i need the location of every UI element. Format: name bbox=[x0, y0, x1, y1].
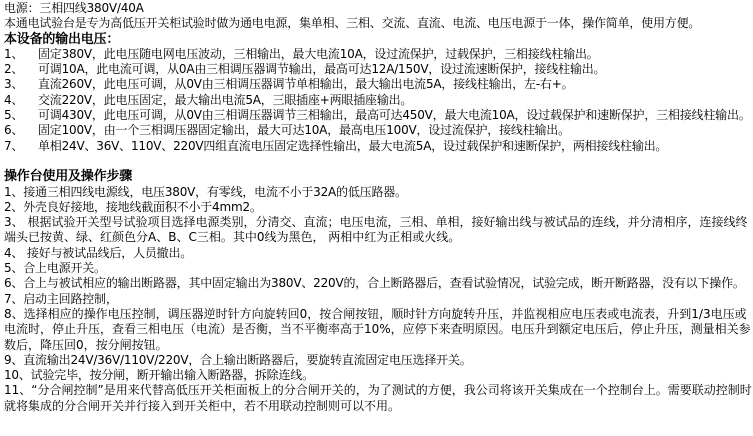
list-item: 7、启动主回路控制， bbox=[4, 292, 753, 307]
document-body: 电源：三相四线380V/40A 本通电试验台是专为高低压开关柜试验时做为通电电源… bbox=[4, 1, 753, 414]
list-item: 2、外壳良好接地，接地线截面积不小于4mm2。 bbox=[4, 200, 753, 215]
list-item: 8、选择相应的操作电压控制，调压器逆时针方向旋转回0，按合闸按钮，顺时针方向旋转… bbox=[4, 307, 753, 353]
list-item: 3、直流260V，此电压可调，从0V由三相调压器调节单相输出，最大输出电流5A，… bbox=[4, 77, 753, 92]
list-item: 9、直流输出24V/36V/110V/220V，合上输出断路器后，要旋转直流固定… bbox=[4, 353, 753, 368]
operation-steps-heading: 操作台使用及操作步骤 bbox=[4, 169, 753, 184]
list-item: 6、固定100V，由一个三相调压器固定输出，最大可达10A，最高电压100V，设… bbox=[4, 123, 753, 138]
list-item: 6、合上与被试相应的输出断路器，其中固定输出为380V、220V的，合上断路器后… bbox=[4, 276, 753, 291]
spacer bbox=[4, 154, 753, 169]
operation-steps-list: 1、接通三相四线电源线，电压380V，有零线，电流不小于32A的低压路器。 2、… bbox=[4, 185, 753, 414]
list-item: 3、 根据试验开关型号试验项目选择电源类别，分清交、直流；电压电流，三相、单相，… bbox=[4, 215, 753, 246]
output-voltage-heading: 本设备的输出电压： bbox=[4, 32, 753, 47]
output-voltage-list: 1、固定380V，此电压随电网电压波动，三相输出，最大电流10A，设过流保护，过… bbox=[4, 47, 753, 154]
power-source-line: 电源：三相四线380V/40A bbox=[4, 1, 753, 16]
list-item: 5、合上电源开关。 bbox=[4, 261, 753, 276]
list-item: 2、可调10A，此电流可调，从0A由三相调压器调节输出，最高可达12A/150V… bbox=[4, 62, 753, 77]
list-item: 7、单相24V、36V、110V、220V四组直流电压固定选择性输出，最大电流5… bbox=[4, 139, 753, 154]
list-item: 4、交流220V，此电压固定，最大输出电流5A，三眼插座+两眼插座输出。 bbox=[4, 93, 753, 108]
list-item: 10、试验完毕，按分闸，断开输出输入断路器，拆除连线。 bbox=[4, 368, 753, 383]
list-item: 5、可调430V，此电压可调，从0V由三相调压器调节三相输出，最高可达450V，… bbox=[4, 108, 753, 123]
list-item: 11、“分合闸控制”是用来代替高低压开关柜面板上的分合闸开关的，为了测试的方便，… bbox=[4, 383, 753, 414]
intro-paragraph: 本通电试验台是专为高低压开关柜试验时做为通电电源，集单相、三相、交流、直流、电流… bbox=[4, 16, 753, 31]
list-item: 4、 接好与被试品线后，人员撤出。 bbox=[4, 246, 753, 261]
list-item: 1、接通三相四线电源线，电压380V，有零线，电流不小于32A的低压路器。 bbox=[4, 185, 753, 200]
list-item: 1、固定380V，此电压随电网电压波动，三相输出，最大电流10A，设过流保护，过… bbox=[4, 47, 753, 62]
